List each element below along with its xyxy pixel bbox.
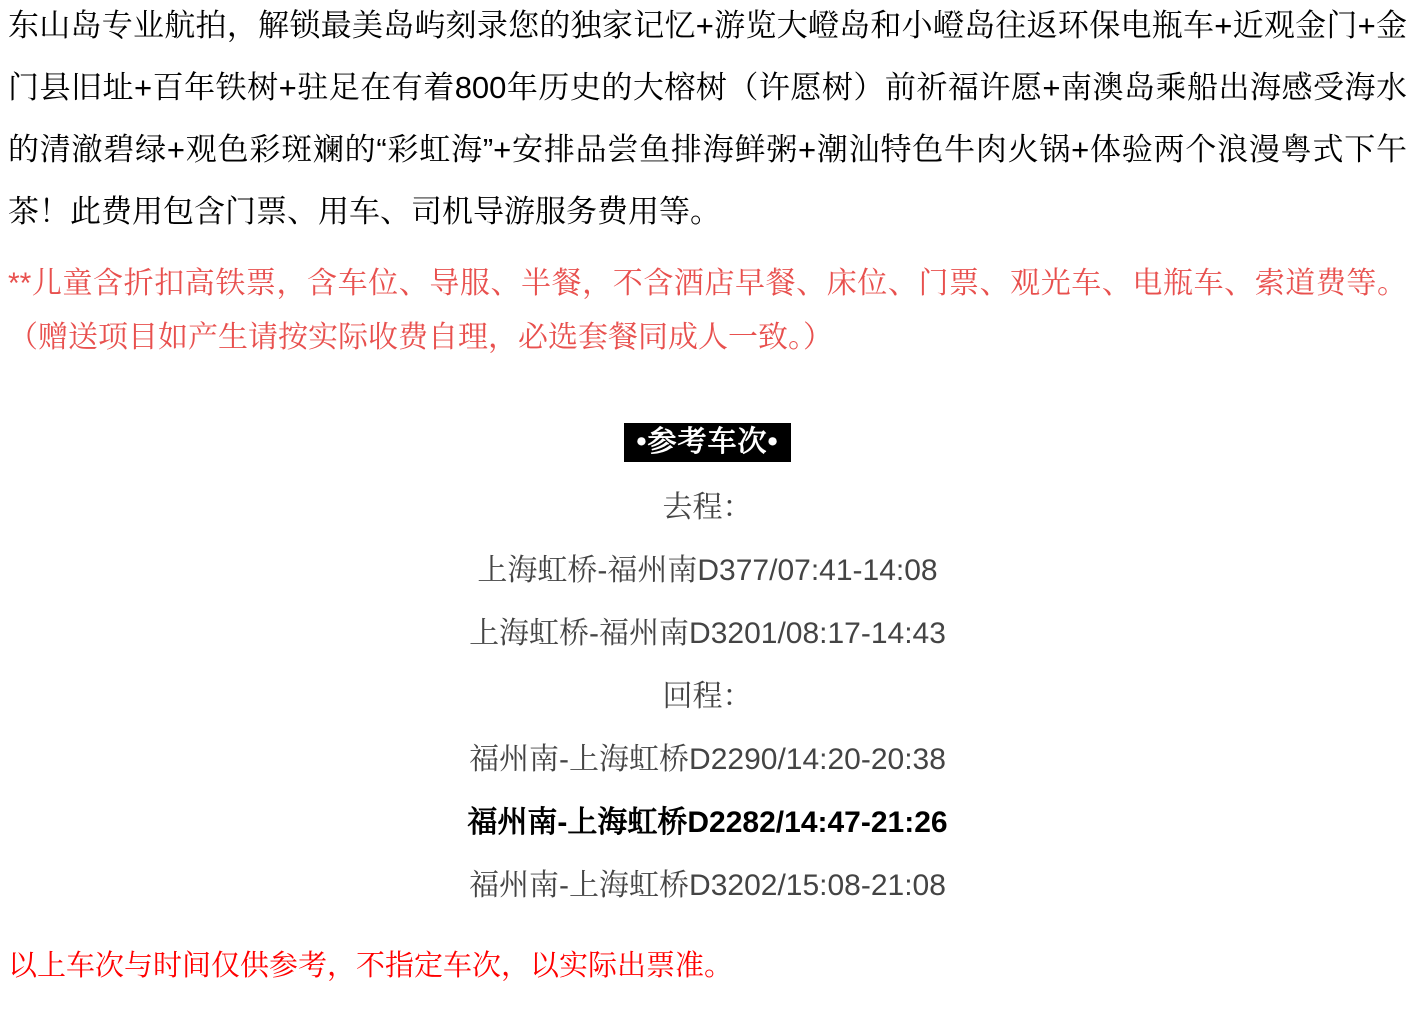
return-train-3: 福州南-上海虹桥D3202/15:08-21:08 <box>8 854 1407 917</box>
child-ticket-note: **儿童含折扣高铁票，含车位、导服、半餐，不含酒店早餐、床位、门票、观光车、电瓶… <box>8 257 1407 365</box>
return-train-1: 福州南-上海虹桥D2290/14:20-20:38 <box>8 728 1407 791</box>
itinerary-description: 东山岛专业航拍，解锁最美岛屿刻录您的独家记忆+游览大嶝岛和小嶝岛往返环保电瓶车+… <box>8 0 1407 243</box>
outbound-train-1: 上海虹桥-福州南D377/07:41-14:08 <box>8 539 1407 602</box>
itinerary-content: 东山岛专业航拍，解锁最美岛屿刻录您的独家记忆+游览大嶝岛和小嶝岛往返环保电瓶车+… <box>0 0 1415 989</box>
return-train-2: 福州南-上海虹桥D2282/14:47-21:26 <box>8 791 1407 854</box>
train-section-header: •参考车次• <box>8 423 1407 462</box>
outbound-label: 去程： <box>8 476 1407 539</box>
schedule-disclaimer: 以上车次与时间仅供参考，不指定车次，以实际出票准。 <box>8 943 1407 989</box>
outbound-train-2: 上海虹桥-福州南D3201/08:17-14:43 <box>8 602 1407 665</box>
return-label: 回程： <box>8 665 1407 728</box>
reference-trains-badge: •参考车次• <box>624 423 790 462</box>
